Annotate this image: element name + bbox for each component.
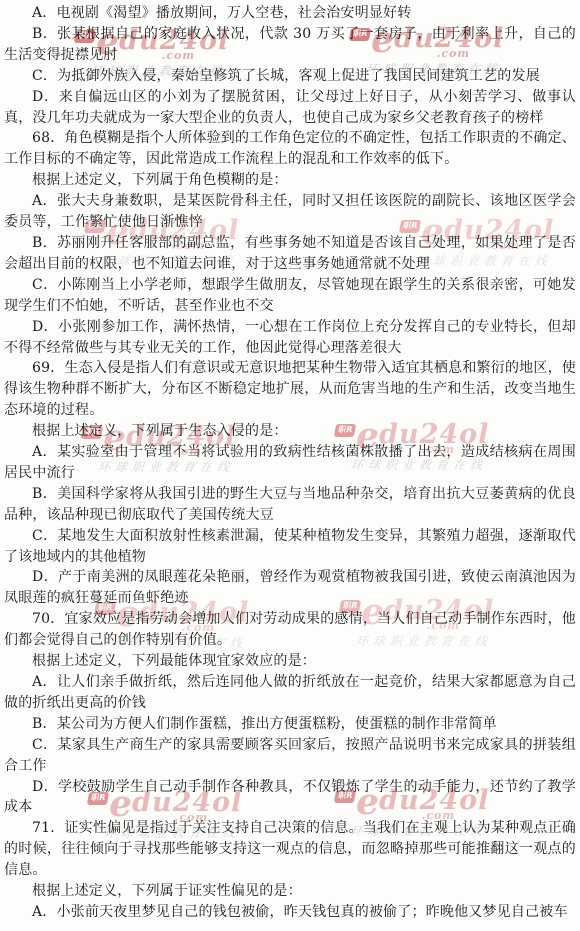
- q69-option-a: A．某实验室由于管理不当将试验用的致病性结核菌株散播了出去，造成结核病在周围居民…: [4, 442, 576, 484]
- exam-page: A．电视剧《渴望》播放期间，万人空巷，社会治安明显好转 B．张某根据自己的家庭收…: [0, 0, 580, 923]
- q67-option-d: D．来自偏远山区的小刘为了摆脱贫困，让父母过上好日子，从小刻苦学习、做事认真，没…: [4, 87, 576, 129]
- q68-prompt: 根据上述定义，下列属于角色模糊的是：: [4, 170, 576, 191]
- q69-option-c: C．某地发生大面积放射性核素泄漏，使某种植物发生变异，其繁殖力超强，逐渐取代了该…: [4, 526, 576, 568]
- q69-option-d: D．产于南美洲的凤眼莲花朵艳丽，曾经作为观赏植物被我国引进，致使云南滇池因为凤眼…: [4, 567, 576, 609]
- q68-option-a: A．张大夫身兼数职，是某医院骨科主任，同时又担任该医院的副院长、该地区医学会委员…: [4, 191, 576, 233]
- q67-option-c: C．为抵御外族入侵，秦始皇修筑了长城，客观上促进了我国民间建筑工艺的发展: [4, 66, 576, 87]
- q67-option-b: B．张某根据自己的家庭收入状况，代款 30 万买了一套房子，由于利率上升，自己的…: [4, 24, 576, 66]
- q68-option-b: B．苏丽刚升任客服部的副总监，有些事务她不知道是否该自己处理，如果处理了是否会超…: [4, 233, 576, 275]
- q71-option-a: A．小张前天夜里梦见自己的钱包被偷，昨天钱包真的被偷了；昨晚他又梦见自己被车: [4, 902, 576, 923]
- q69-stem: 69．生态入侵是指人们有意识或无意识地把某种生物带入适宜其栖息和繁衍的地区，使得…: [4, 358, 576, 421]
- q71-stem: 71．证实性偏见是指过于关注支持自己决策的信息。当我们在主观上认为某种观点正确的…: [4, 818, 576, 881]
- q69-prompt: 根据上述定义，下列属于生态入侵的是：: [4, 421, 576, 442]
- q69-option-b: B．美国科学家将从我国引进的野生大豆与当地品种杂交，培育出抗大豆萎黄病的优良品种…: [4, 484, 576, 526]
- q71-prompt: 根据上述定义，下列属于证实性偏见的是：: [4, 881, 576, 902]
- q68-option-c: C．小陈刚当上小学老师，想跟学生做朋友，尽管她现在跟学生的关系很亲密，可她发现学…: [4, 275, 576, 317]
- q70-option-c: C．某家具生产商生产的家具需要顾客买回家后，按照产品说明书来完成家具的拼装组合工…: [4, 735, 576, 777]
- q70-option-b: B．某公司为方便人们制作蛋糕，推出方便蛋糕粉，使蛋糕的制作非常简单: [4, 714, 576, 735]
- q68-option-d: D．小张刚参加工作，满怀热情，一心想在工作岗位上充分发挥自己的专业特长，但却不得…: [4, 317, 576, 359]
- q70-prompt: 根据上述定义，下列最能体现宜家效应的是：: [4, 651, 576, 672]
- q70-option-d: D．学校鼓励学生自己动手制作各种教具，不仅锻炼了学生的动手能力，还节约了教学成本: [4, 777, 576, 819]
- q67-option-a: A．电视剧《渴望》播放期间，万人空巷，社会治安明显好转: [4, 3, 576, 24]
- q68-stem: 68．角色模糊是指个人所体验到的工作角色定位的不确定性，包括工作职责的不确定、工…: [4, 128, 576, 170]
- q70-option-a: A．让人们亲手做折纸，然后连同他人做的折纸放在一起竞价，结果大家都愿意为自己做的…: [4, 672, 576, 714]
- q70-stem: 70．宜家效应是指劳动会增加人们对劳动成果的感情，当人们自己动手制作东西时，他们…: [4, 609, 576, 651]
